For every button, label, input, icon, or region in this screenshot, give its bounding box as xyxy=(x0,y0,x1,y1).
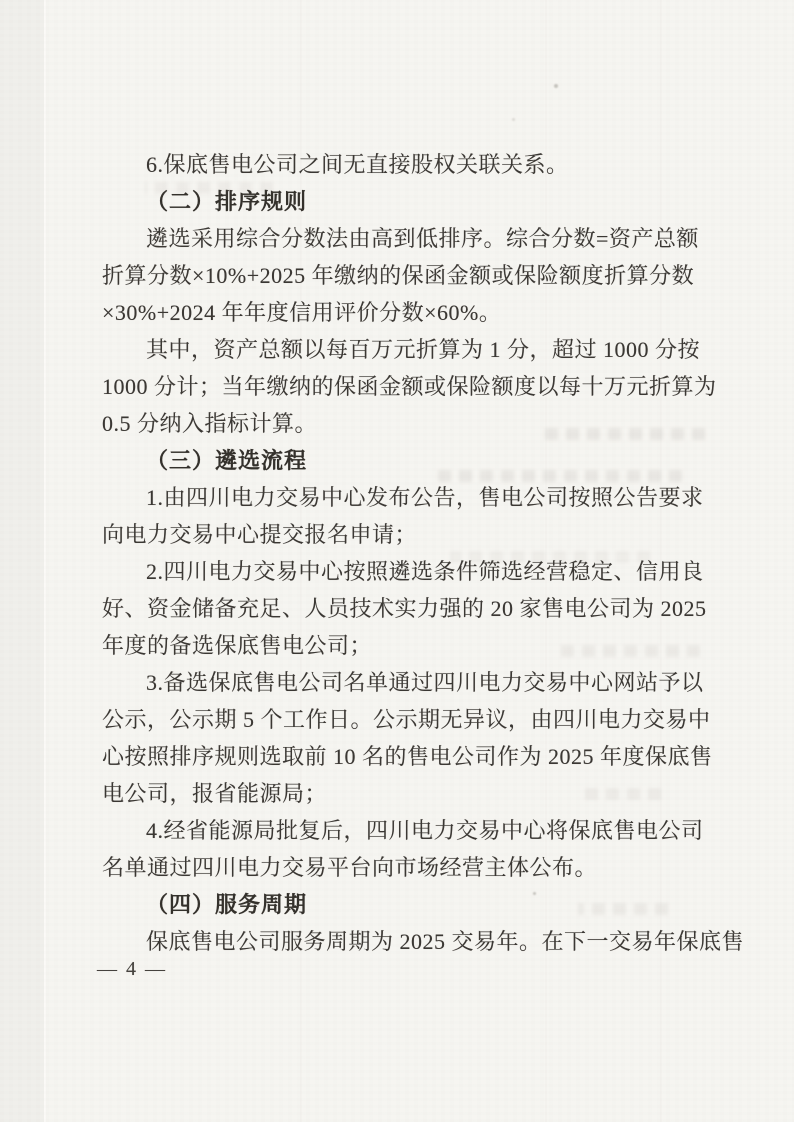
document-body: 6.保底售电公司之间无直接股权关联关系。 （二）排序规则 遴选采用综合分数法由高… xyxy=(102,146,696,960)
scan-speck xyxy=(512,118,515,121)
text-line: 电公司，报省能源局； xyxy=(102,775,696,812)
text-line: 名单通过四川电力交易平台向市场经营主体公布。 xyxy=(102,849,696,886)
text-line: 保底售电公司服务周期为 2025 交易年。在下一交易年保底售 xyxy=(102,923,696,960)
text-line: 心按照排序规则选取前 10 名的售电公司作为 2025 年度保底售 xyxy=(102,738,696,775)
scan-edge-strip xyxy=(0,0,46,1122)
text-line-item-6: 6.保底售电公司之间无直接股权关联关系。 xyxy=(102,146,696,183)
page-number: — 4 — xyxy=(97,958,167,981)
text-line: 公示，公示期 5 个工作日。公示期无异议，由四川电力交易中 xyxy=(102,701,696,738)
text-line: 1000 分计；当年缴纳的保函金额或保险额度以每十万元折算为 xyxy=(102,368,696,405)
text-line: 其中，资产总额以每百万元折算为 1 分，超过 1000 分按 xyxy=(102,331,696,368)
scan-speck xyxy=(554,84,558,88)
text-line: 0.5 分纳入指标计算。 xyxy=(102,405,696,442)
text-line: 折算分数×10%+2025 年缴纳的保函金额或保险额度折算分数 xyxy=(102,257,696,294)
text-line: 好、资金储备充足、人员技术实力强的 20 家售电公司为 2025 xyxy=(102,590,696,627)
section-heading-service-period: （四）服务周期 xyxy=(102,886,696,923)
section-heading-sorting-rules: （二）排序规则 xyxy=(102,183,696,220)
section-heading-selection-process: （三）遴选流程 xyxy=(102,442,696,479)
text-line-step-1: 1.由四川电力交易中心发布公告，售电公司按照公告要求 xyxy=(102,479,696,516)
scanned-document-page: 6.保底售电公司之间无直接股权关联关系。 （二）排序规则 遴选采用综合分数法由高… xyxy=(0,0,794,1122)
text-line-step-4: 4.经省能源局批复后，四川电力交易中心将保底售电公司 xyxy=(102,812,696,849)
text-line: 向电力交易中心提交报名申请； xyxy=(102,516,696,553)
text-line: 遴选采用综合分数法由高到低排序。综合分数=资产总额 xyxy=(102,220,696,257)
text-line: ×30%+2024 年年度信用评价分数×60%。 xyxy=(102,294,696,331)
text-line: 年度的备选保底售电公司； xyxy=(102,627,696,664)
text-line-step-2: 2.四川电力交易中心按照遴选条件筛选经营稳定、信用良 xyxy=(102,553,696,590)
text-line-step-3: 3.备选保底售电公司名单通过四川电力交易中心网站予以 xyxy=(102,664,696,701)
